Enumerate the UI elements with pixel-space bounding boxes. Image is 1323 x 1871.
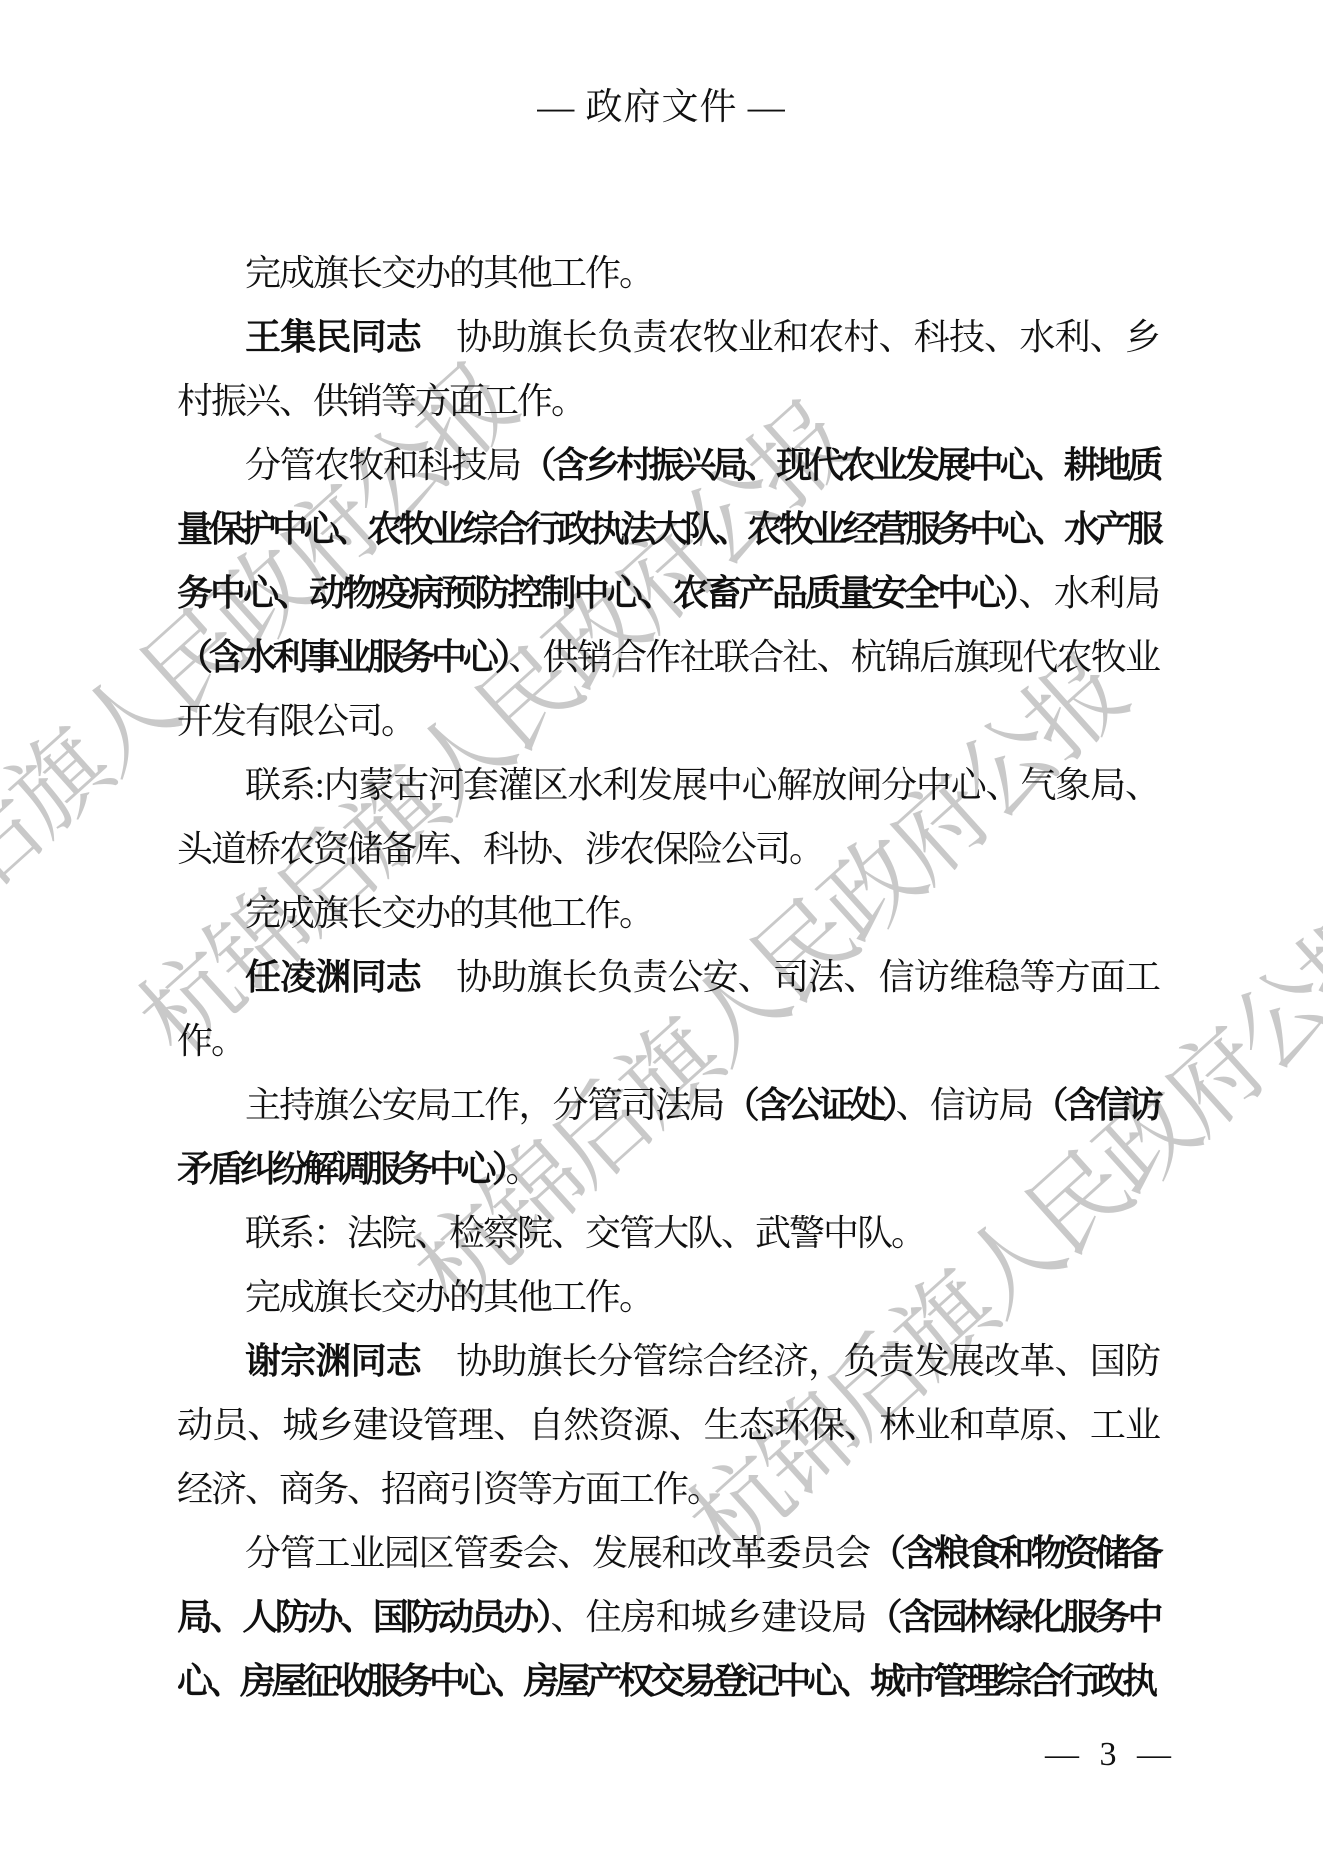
text-run: 完成旗长交办的其他工作。: [245, 253, 653, 293]
header-title: — 政府文件 —: [537, 87, 786, 128]
paragraph: 完成旗长交办的其他工作。: [177, 1265, 1159, 1329]
paragraph: 分管农牧和科技局（含乡村振兴局、现代农业发展中心、耕地质量保护中心、农牧业综合行…: [177, 433, 1159, 753]
document-page: 杭锦后旗人民政府公报杭锦后旗人民政府公报杭锦后旗人民政府公报杭锦后旗人民政府公报…: [0, 0, 1323, 1871]
text-run: 、住房和城乡建设局: [550, 1597, 866, 1637]
person-name: 任凌渊同志: [245, 956, 421, 997]
text-run: 联系:内蒙古河套灌区水利发展中心解放闸分中心、气象局、头道桥农资储备库、科协、涉…: [177, 765, 1159, 869]
document-body: 完成旗长交办的其他工作。王集民同志 协助旗长负责农牧业和农村、科技、水利、乡村振…: [177, 241, 1159, 1713]
paragraph: 完成旗长交办的其他工作。: [177, 881, 1159, 945]
text-run: 联系：法院、检察院、交管大队、武警中队。: [245, 1213, 925, 1253]
person-name: 王集民同志: [245, 316, 421, 357]
bold-annotation: （含公证处）: [724, 1085, 896, 1125]
text-run: 分管农牧和科技局: [245, 445, 521, 485]
document-header: — 政府文件 —: [0, 84, 1323, 132]
person-name: 谢宗渊同志: [245, 1340, 421, 1381]
text-run: 。: [506, 1149, 540, 1189]
paragraph: 完成旗长交办的其他工作。: [177, 241, 1159, 305]
text-run: 主持旗公安局工作，分管司法局: [245, 1085, 724, 1125]
paragraph: 王集民同志 协助旗长负责农牧业和农村、科技、水利、乡村振兴、供销等方面工作。: [177, 305, 1159, 433]
text-run: 、信访局: [896, 1085, 1033, 1125]
paragraph: 分管工业园区管委会、发展和改革委员会（含粮食和物资储备局、人防办、国防动员办）、…: [177, 1521, 1159, 1713]
paragraph: 联系:内蒙古河套灌区水利发展中心解放闸分中心、气象局、头道桥农资储备库、科协、涉…: [177, 753, 1159, 881]
page-number: — 3 —: [1045, 1736, 1177, 1774]
text-run: 完成旗长交办的其他工作。: [245, 893, 653, 933]
text-run: 完成旗长交办的其他工作。: [245, 1277, 653, 1317]
paragraph: 任凌渊同志 协助旗长负责公安、司法、信访维稳等方面工作。: [177, 945, 1159, 1073]
paragraph: 联系：法院、检察院、交管大队、武警中队。: [177, 1201, 1159, 1265]
text-run: 分管工业园区管委会、发展和改革委员会: [245, 1533, 870, 1573]
bold-annotation: （含水利事业服务中心）: [177, 637, 508, 677]
paragraph: 谢宗渊同志 协助旗长分管综合经济，负责发展改革、国防动员、城乡建设管理、自然资源…: [177, 1329, 1159, 1521]
paragraph: 主持旗公安局工作，分管司法局（含公证处）、信访局（含信访矛盾纠纷解调服务中心）。: [177, 1073, 1159, 1201]
text-run: 、水利局: [1018, 573, 1159, 613]
